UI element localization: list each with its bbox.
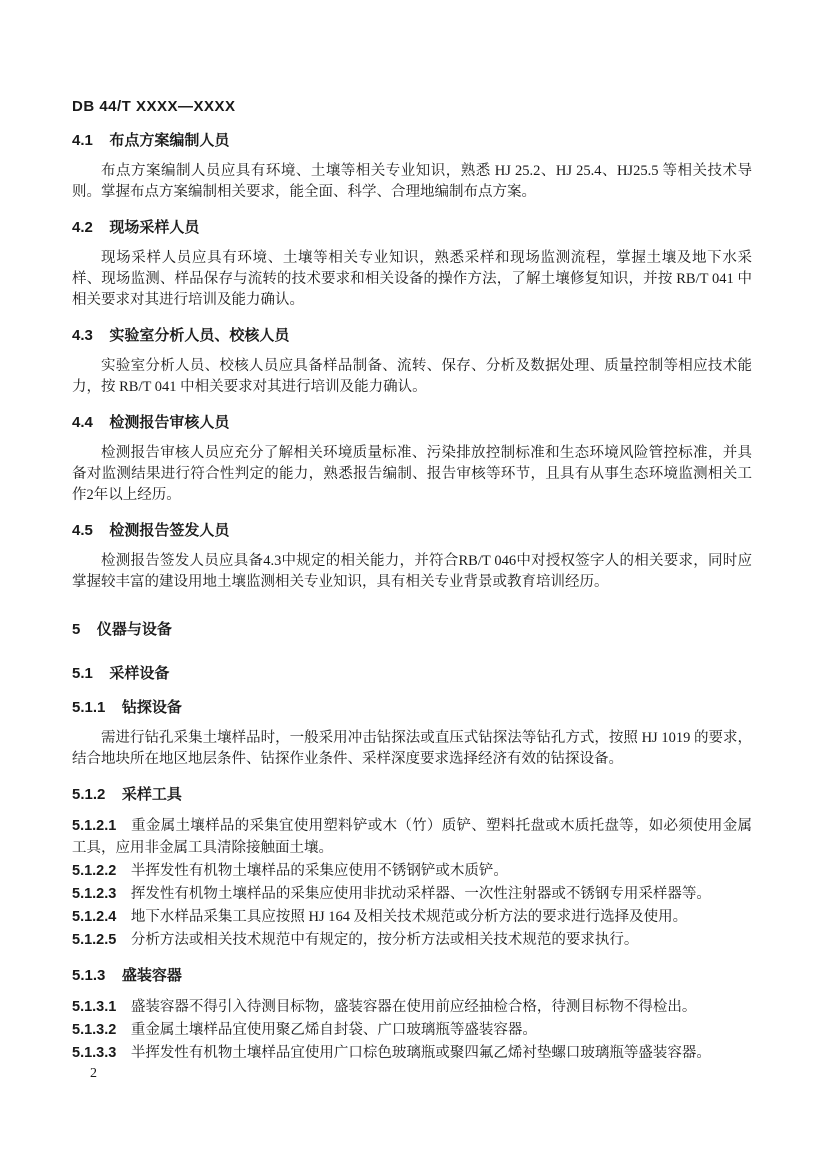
heading-number: 4.4 bbox=[72, 414, 93, 432]
heading-number: 4.1 bbox=[72, 132, 93, 150]
clause-text: 分析方法或相关技术规范中有规定的，按分析方法或相关技术规范的要求执行。 bbox=[131, 932, 639, 948]
clause-number: 5.1.3.1 bbox=[72, 999, 116, 1015]
clause-number: 5.1.3.2 bbox=[72, 1022, 116, 1038]
heading-number: 5.1.2 bbox=[72, 786, 105, 804]
heading-title: 采样设备 bbox=[109, 665, 169, 682]
paragraph: 布点方案编制人员应具有环境、土壤等相关专业知识，熟悉 HJ 25.2、HJ 25… bbox=[72, 161, 752, 203]
clause-text: 半挥发性有机物土壤样品宜使用广口棕色玻璃瓶或聚四氟乙烯衬垫螺口玻璃瓶等盛装容器。 bbox=[131, 1045, 711, 1061]
heading-number: 4.5 bbox=[72, 522, 93, 540]
heading-title: 仪器与设备 bbox=[97, 621, 172, 638]
clause-5-1-2-2: 5.1.2.2半挥发性有机物土壤样品的采集应使用不锈钢铲或木质铲。 bbox=[72, 860, 752, 882]
clause-text: 重金属土壤样品宜使用聚乙烯自封袋、广口玻璃瓶等盛装容器。 bbox=[131, 1022, 537, 1038]
heading-number: 5.1.1 bbox=[72, 699, 105, 717]
clause-5-1-2-4: 5.1.2.4地下水样品采集工具应按照 HJ 164 及相关技术规范或分析方法的… bbox=[72, 906, 752, 928]
section-heading-4-5: 4.5检测报告签发人员 bbox=[72, 522, 752, 540]
section-heading-5-1-2: 5.1.2采样工具 bbox=[72, 786, 752, 804]
chapter-heading-5: 5仪器与设备 bbox=[72, 621, 752, 639]
clause-number: 5.1.2.3 bbox=[72, 886, 116, 902]
section-heading-4-4: 4.4检测报告审核人员 bbox=[72, 414, 752, 432]
page-number: 2 bbox=[90, 1066, 97, 1082]
heading-number: 5.1 bbox=[72, 665, 93, 683]
heading-number: 4.3 bbox=[72, 327, 93, 345]
clause-5-1-3-1: 5.1.3.1盛装容器不得引入待测目标物，盛装容器在使用前应经抽检合格，待测目标… bbox=[72, 996, 752, 1018]
section-heading-4-1: 4.1布点方案编制人员 bbox=[72, 132, 752, 150]
heading-title: 检测报告签发人员 bbox=[109, 522, 229, 539]
heading-title: 钻探设备 bbox=[122, 699, 182, 716]
clause-5-1-2-3: 5.1.2.3挥发性有机物土壤样品的采集应使用非扰动采样器、一次性注射器或不锈钢… bbox=[72, 883, 752, 905]
clause-text: 重金属土壤样品的采集宜使用塑料铲或木（竹）质铲、塑料托盘或木质托盘等，如必须使用… bbox=[72, 818, 752, 856]
clause-text: 挥发性有机物土壤样品的采集应使用非扰动采样器、一次性注射器或不锈钢专用采样器等。 bbox=[131, 886, 711, 902]
section-heading-5-1-1: 5.1.1钻探设备 bbox=[72, 699, 752, 717]
section-heading-4-2: 4.2现场采样人员 bbox=[72, 219, 752, 237]
clause-text: 盛装容器不得引入待测目标物，盛装容器在使用前应经抽检合格，待测目标物不得检出。 bbox=[131, 999, 697, 1015]
section-heading-5-1-3: 5.1.3盛装容器 bbox=[72, 967, 752, 985]
clause-5-1-2-1: 5.1.2.1重金属土壤样品的采集宜使用塑料铲或木（竹）质铲、塑料托盘或木质托盘… bbox=[72, 815, 752, 859]
paragraph: 检测报告审核人员应充分了解相关环境质量标准、污染排放控制标准和生态环境风险管控标… bbox=[72, 443, 752, 506]
document-page: DB 44/T XXXX—XXXX 4.1布点方案编制人员 布点方案编制人员应具… bbox=[0, 0, 826, 1169]
clause-number: 5.1.2.1 bbox=[72, 818, 116, 834]
clause-number: 5.1.2.4 bbox=[72, 909, 116, 925]
clause-text: 地下水样品采集工具应按照 HJ 164 及相关技术规范或分析方法的要求进行选择及… bbox=[131, 909, 687, 925]
heading-title: 布点方案编制人员 bbox=[109, 132, 229, 149]
heading-title: 采样工具 bbox=[122, 786, 182, 803]
clause-number: 5.1.3.3 bbox=[72, 1045, 116, 1061]
clause-number: 5.1.2.2 bbox=[72, 863, 116, 879]
paragraph: 检测报告签发人员应具备4.3中规定的相关能力，并符合RB/T 046中对授权签字… bbox=[72, 551, 752, 593]
heading-title: 实验室分析人员、校核人员 bbox=[109, 327, 289, 344]
paragraph: 实验室分析人员、校核人员应具备样品制备、流转、保存、分析及数据处理、质量控制等相… bbox=[72, 356, 752, 398]
heading-title: 现场采样人员 bbox=[109, 219, 199, 236]
paragraph: 现场采样人员应具有环境、土壤等相关专业知识，熟悉采样和现场监测流程，掌握土壤及地… bbox=[72, 248, 752, 311]
clause-5-1-2-5: 5.1.2.5分析方法或相关技术规范中有规定的，按分析方法或相关技术规范的要求执… bbox=[72, 929, 752, 951]
heading-number: 5 bbox=[72, 621, 80, 639]
heading-title: 检测报告审核人员 bbox=[109, 414, 229, 431]
heading-number: 5.1.3 bbox=[72, 967, 105, 985]
clause-5-1-3-2: 5.1.3.2重金属土壤样品宜使用聚乙烯自封袋、广口玻璃瓶等盛装容器。 bbox=[72, 1019, 752, 1041]
paragraph: 需进行钻孔采集土壤样品时，一般采用冲击钻探法或直压式钻探法等钻孔方式，按照 HJ… bbox=[72, 728, 752, 770]
heading-number: 4.2 bbox=[72, 219, 93, 237]
section-heading-4-3: 4.3实验室分析人员、校核人员 bbox=[72, 327, 752, 345]
clause-number: 5.1.2.5 bbox=[72, 932, 116, 948]
section-heading-5-1: 5.1采样设备 bbox=[72, 665, 752, 683]
clause-text: 半挥发性有机物土壤样品的采集应使用不锈钢铲或木质铲。 bbox=[131, 863, 508, 879]
heading-title: 盛装容器 bbox=[122, 967, 182, 984]
document-code-header: DB 44/T XXXX—XXXX bbox=[72, 98, 752, 116]
clause-5-1-3-3: 5.1.3.3半挥发性有机物土壤样品宜使用广口棕色玻璃瓶或聚四氟乙烯衬垫螺口玻璃… bbox=[72, 1042, 752, 1064]
